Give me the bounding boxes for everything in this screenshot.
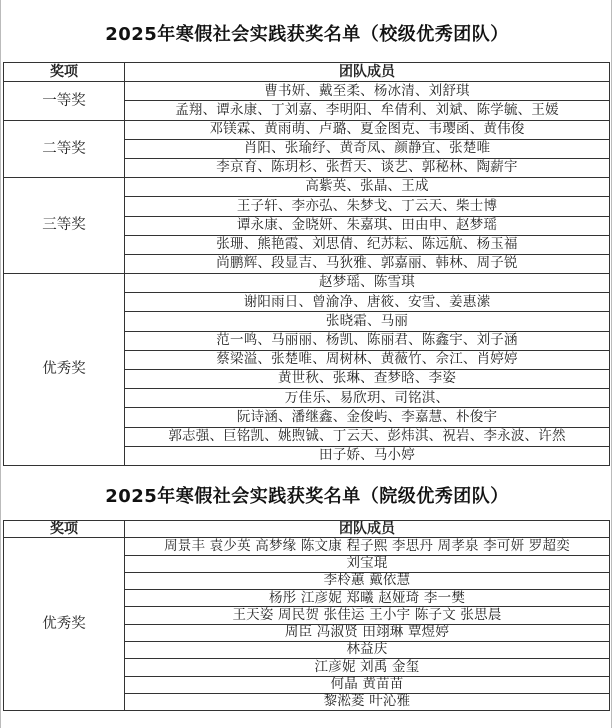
- college-level-table: 奖项 团队成员 优秀奖 周景丰 袁少英 高梦缘 陈文康 程子熙 李思丹 周孝泉 …: [3, 520, 610, 711]
- team-members: 范一鸣、马丽丽、杨凯、陈丽君、陈鑫宇、刘子涵: [125, 331, 610, 350]
- team-members: 谢阳雨日、曾渝净、唐筱、安雪、姜惠潆: [125, 293, 610, 312]
- team-members: 张晓霜、马丽: [125, 312, 610, 331]
- award-excellence: 优秀奖: [4, 538, 125, 711]
- table-row: 优秀奖 周景丰 袁少英 高梦缘 陈文康 程子熙 李思丹 周孝泉 李可妍 罗超奕: [4, 538, 610, 555]
- team-members: 赵梦瑶、陈雪琪: [125, 274, 610, 293]
- header-members: 团队成员: [125, 521, 610, 538]
- award-third-prize: 三等奖: [4, 178, 125, 274]
- team-members: 林益庆: [125, 642, 610, 659]
- team-members: 蔡梁溢、张楚唯、周树林、黄薇竹、佘江、肖婷婷: [125, 350, 610, 369]
- team-members: 曹书妍、戴至柔、杨冰清、刘舒琪: [125, 82, 610, 101]
- team-members: 邓镁霖、黄雨萌、卢璐、夏金图克、韦璎函、黄伟俊: [125, 120, 610, 139]
- team-members: 田子娇、马小婷: [125, 446, 610, 465]
- team-members: 肖阳、张瑜纾、黄奇凤、颜静宜、张楚唯: [125, 139, 610, 158]
- team-members: 张珊、熊艳霞、刘思倩、纪苏耘、陈远航、杨玉福: [125, 235, 610, 254]
- award-excellence: 优秀奖: [4, 274, 125, 466]
- table-row: 三等奖 高紫英、张晶、王成: [4, 178, 610, 197]
- award-list-page: 2025年寒假社会实践获奖名单（校级优秀团队） 奖项 团队成员 一等奖 曹书妍、…: [0, 0, 612, 728]
- team-members: 周景丰 袁少英 高梦缘 陈文康 程子熙 李思丹 周孝泉 李可妍 罗超奕: [125, 538, 610, 555]
- table-row: 二等奖 邓镁霖、黄雨萌、卢璐、夏金图克、韦璎函、黄伟俊: [4, 120, 610, 139]
- team-members: 李柃蕙 戴依慧: [125, 572, 610, 589]
- table-row: 优秀奖 赵梦瑶、陈雪琪: [4, 274, 610, 293]
- team-members: 周臣 冯淑贤 田翊琳 覃煜婷: [125, 624, 610, 641]
- team-members: 江彦妮 刘禹 金玺: [125, 659, 610, 676]
- school-level-table: 奖项 团队成员 一等奖 曹书妍、戴至柔、杨冰清、刘舒琪 孟翔、谭永康、丁刘嘉、李…: [3, 62, 610, 466]
- team-members: 高紫英、张晶、王成: [125, 178, 610, 197]
- school-level-title: 2025年寒假社会实践获奖名单（校级优秀团队）: [1, 20, 612, 46]
- team-members: 谭永康、金晓妍、朱嘉琪、田由申、赵梦瑶: [125, 216, 610, 235]
- team-members: 杨彤 江彦妮 郑曦 赵娅琦 李一樊: [125, 590, 610, 607]
- college-level-title: 2025年寒假社会实践获奖名单（院级优秀团队）: [1, 482, 612, 508]
- header-members: 团队成员: [125, 63, 610, 82]
- team-members: 刘宝琨: [125, 555, 610, 572]
- table-row: 一等奖 曹书妍、戴至柔、杨冰清、刘舒琪: [4, 82, 610, 101]
- team-members: 孟翔、谭永康、丁刘嘉、李明阳、牟倩利、刘斌、陈学毓、王媛: [125, 101, 610, 120]
- team-members: 尚鹏辉、段显吉、马狄雅、郭嘉丽、韩林、周子锐: [125, 254, 610, 273]
- award-second-prize: 二等奖: [4, 120, 125, 178]
- team-members: 阮诗涵、潘继鑫、金俊屿、李嘉慧、朴俊宇: [125, 408, 610, 427]
- team-members: 黄世秋、张琳、查梦晗、李姿: [125, 370, 610, 389]
- award-first-prize: 一等奖: [4, 82, 125, 120]
- team-members: 万佳乐、易欣玥、司铭淇、: [125, 389, 610, 408]
- table-header-row: 奖项 团队成员: [4, 63, 610, 82]
- team-members: 王子轩、李亦弘、朱梦戈、丁云天、柴士博: [125, 197, 610, 216]
- header-award: 奖项: [4, 521, 125, 538]
- team-members: 郭志强、巨铭凯、姚煦铖、丁云天、彭炜淇、祝岩、李永波、许然: [125, 427, 610, 446]
- team-members: 黎淞菱 叶沁雅: [125, 693, 610, 710]
- team-members: 王天姿 周民贺 张佳运 王小宇 陈子文 张思晨: [125, 607, 610, 624]
- team-members: 何晶 黄苗苗: [125, 676, 610, 693]
- table-header-row: 奖项 团队成员: [4, 521, 610, 538]
- header-award: 奖项: [4, 63, 125, 82]
- team-members: 李京育、陈玥杉、张哲天、谈艺、郭秘林、陶薪宇: [125, 158, 610, 177]
